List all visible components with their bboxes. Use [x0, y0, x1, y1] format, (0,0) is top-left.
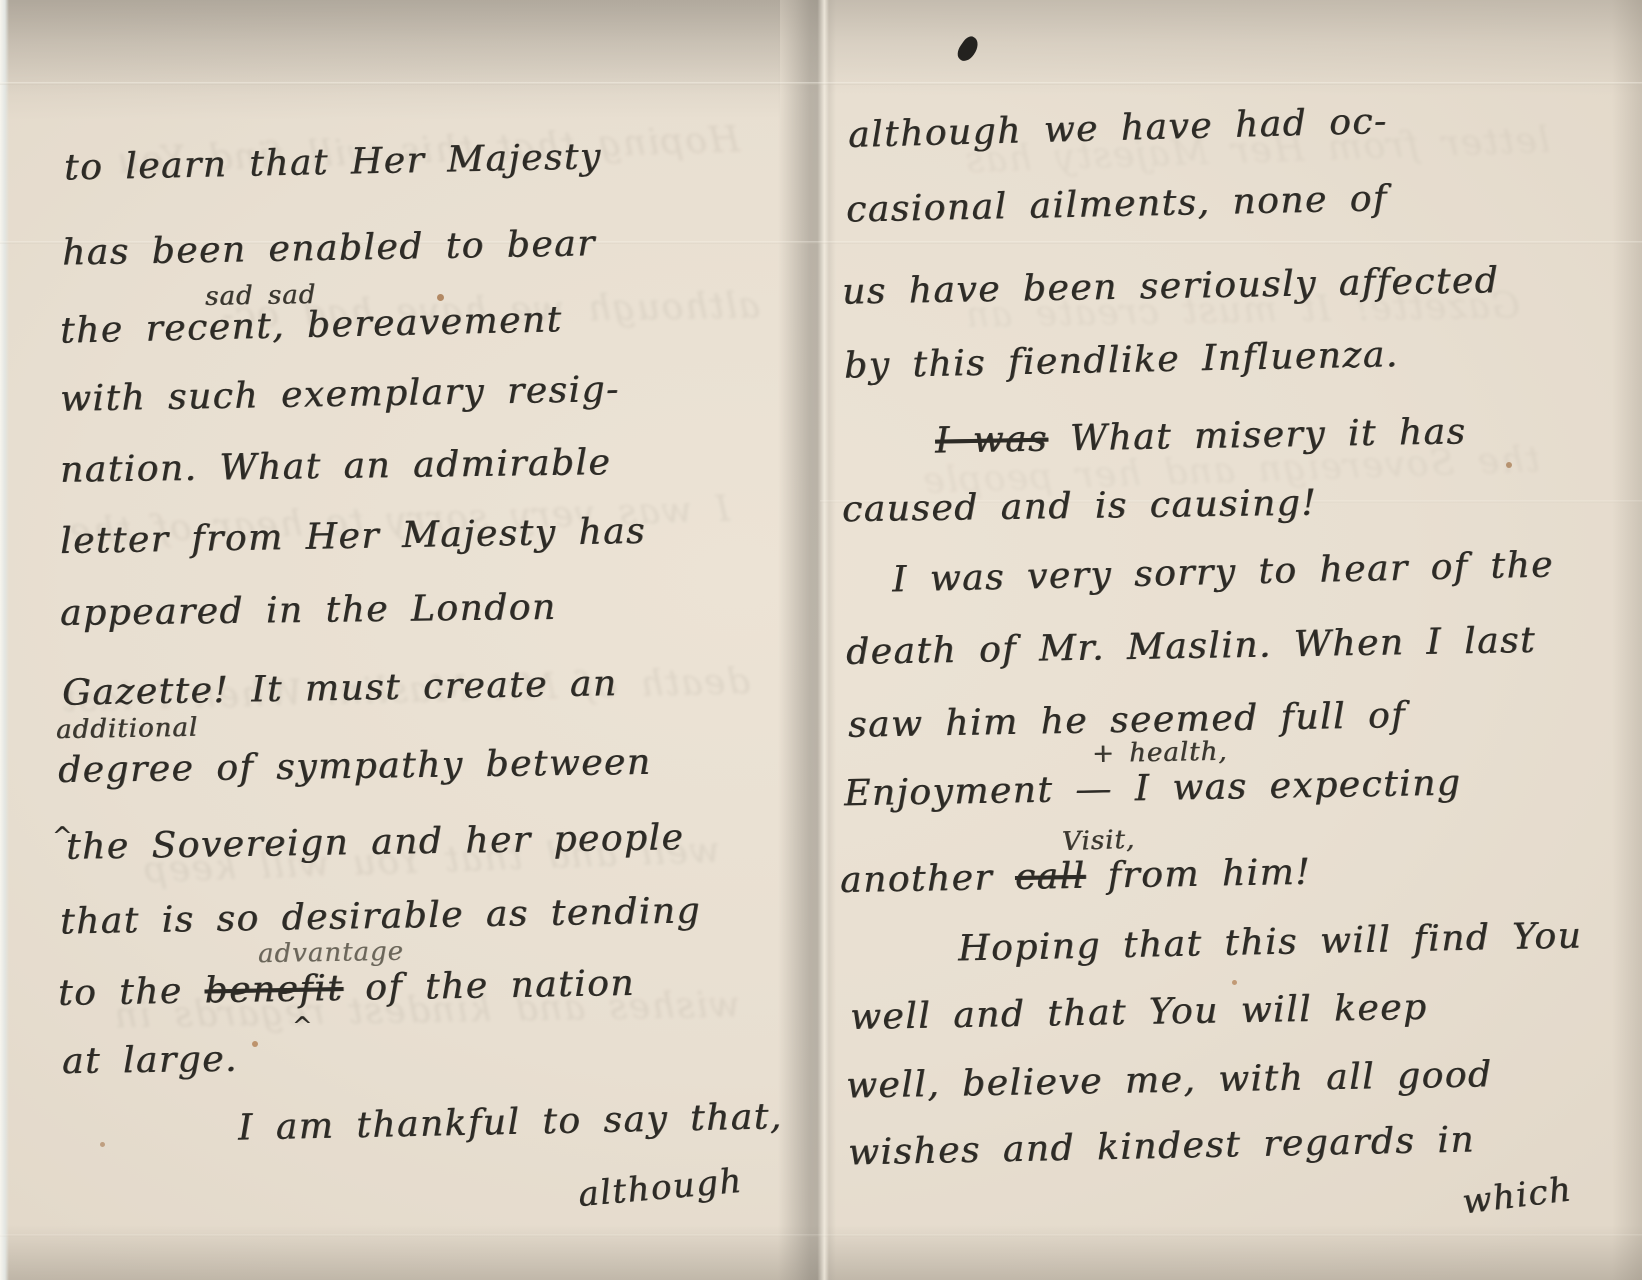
- handwritten-line: Enjoyment — I was expecting: [844, 763, 1462, 815]
- foxing-spot: [100, 1142, 105, 1147]
- struck-word: benefit: [204, 968, 343, 1011]
- handwritten-line: has been enabled to bear: [62, 223, 596, 273]
- handwritten-line: to the benefit of the nation: [58, 963, 636, 1014]
- bottom-edge-shadow: [0, 1225, 1642, 1280]
- catchword: which: [1460, 1169, 1574, 1222]
- horizontal-crease: [0, 82, 1642, 85]
- handwritten-line: wishes and kindest regards in: [848, 1119, 1476, 1173]
- catchword: although: [577, 1161, 745, 1215]
- struck-word: call: [1015, 856, 1086, 898]
- ink-show-through: Hoping that this will find You although …: [60, 110, 760, 1190]
- ink-blot: [954, 34, 982, 64]
- horizontal-crease: [0, 1234, 1642, 1237]
- handwritten-line: although we have had oc-: [848, 101, 1388, 156]
- handwritten-line: casional ailments, none of: [846, 178, 1388, 230]
- handwritten-line: Hoping that this will find You: [958, 915, 1583, 969]
- handwritten-line: I was What misery it has: [935, 411, 1467, 461]
- handwritten-line: well, believe me, with all good: [846, 1054, 1493, 1106]
- handwritten-line: the recent, bereavement: [60, 299, 563, 351]
- handwritten-line: Gazette! It must create an: [62, 663, 618, 714]
- handwritten-line: appeared in the London: [60, 587, 557, 634]
- foxing-spot: [1232, 980, 1237, 985]
- line-text: of the nation: [343, 963, 635, 1009]
- handwritten-line: by this fiendlike Influenza.: [844, 334, 1399, 387]
- inserted-words: + health,: [1092, 737, 1228, 769]
- foxing-spot: [437, 294, 444, 301]
- handwritten-line: caused and is causing!: [842, 483, 1318, 531]
- foxing-spot: [252, 1041, 258, 1047]
- inserted-word: additional: [56, 713, 199, 745]
- handwritten-line: another call from him!: [840, 852, 1312, 901]
- right-edge-shadow: [1612, 0, 1642, 1280]
- top-left-fold-shadow: [0, 0, 780, 120]
- center-gutter-crease: [778, 0, 836, 1280]
- handwritten-line: that is so desirable as tending: [60, 890, 702, 942]
- handwritten-line: to learn that Her Majesty: [64, 136, 602, 188]
- top-fold-shadow: [0, 0, 1642, 95]
- handwritten-line: well and that You will keep: [850, 987, 1428, 1038]
- handwritten-line: I was very sorry to hear of the: [892, 544, 1555, 600]
- line-text: What misery it has: [1048, 411, 1467, 459]
- inserted-word: advantage: [258, 937, 405, 970]
- handwritten-line: degree of sympathy between: [58, 742, 652, 791]
- handwritten-line: us have been seriously affected: [842, 260, 1500, 312]
- foxing-spot: [1506, 462, 1512, 468]
- scan-left-edge: [0, 0, 9, 1280]
- handwritten-line: nation. What an admirable: [60, 442, 612, 491]
- handwritten-line: letter from Her Majesty has: [60, 511, 647, 562]
- struck-words: I was: [935, 419, 1049, 462]
- line-text: from him!: [1085, 852, 1311, 897]
- inserted-word: Visit,: [1061, 825, 1135, 858]
- line-text: another: [840, 857, 1016, 901]
- handwritten-line: I am thankful to say that,: [238, 1096, 783, 1148]
- line-text: to the: [58, 970, 205, 1014]
- handwritten-line: the Sovereign and her people: [66, 817, 685, 868]
- handwritten-line: death of Mr. Maslin. When I last: [846, 620, 1537, 673]
- handwritten-line: at large.: [62, 1039, 238, 1082]
- letter-scan: Hoping that this will find You although …: [0, 0, 1642, 1280]
- handwritten-line: with such exemplary resig-: [60, 369, 620, 420]
- insertion-caret: ^: [292, 1012, 314, 1040]
